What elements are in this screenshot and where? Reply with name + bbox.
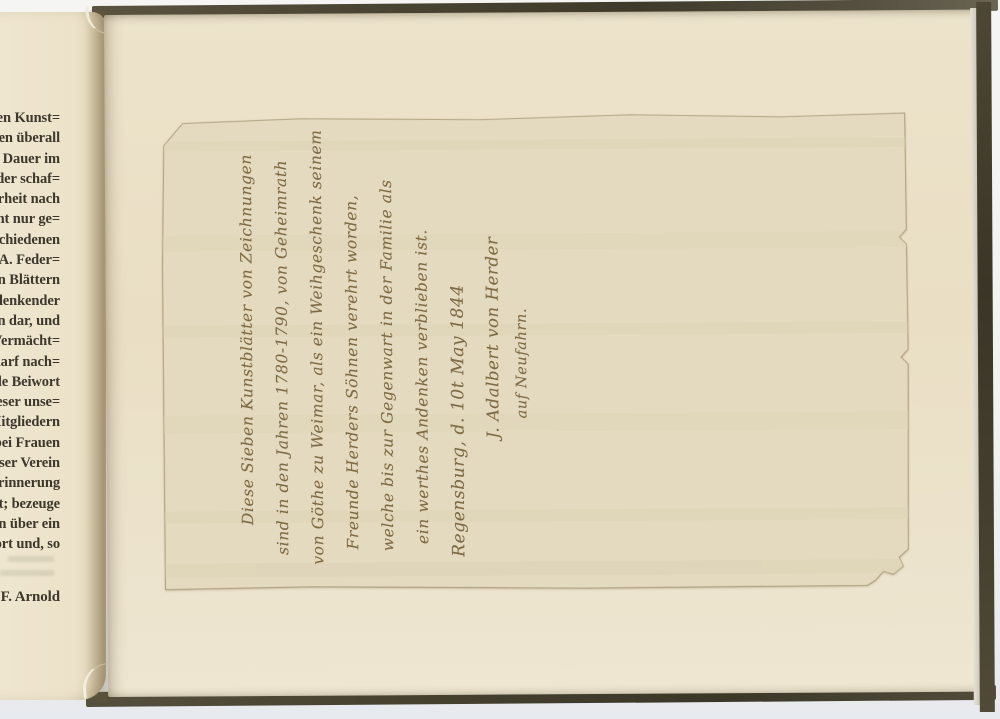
left-page-text-line: Erinnerung bbox=[0, 473, 60, 493]
left-page-text-line: ort und, so bbox=[0, 534, 60, 554]
left-page-text-line: schiedenen bbox=[0, 230, 60, 250]
left-page-text-line: Mitgliedern bbox=[0, 412, 60, 432]
right-page: Diese Sieben Kunstblätter von Zeichnunge… bbox=[104, 10, 982, 697]
handwriting-signature: J. Adalbert von Herder bbox=[475, 137, 511, 439]
left-page-text-line: en überall bbox=[0, 128, 60, 148]
handwriting-line: welche bis zur Gegenwart in der Familie … bbox=[369, 137, 407, 551]
book-cover-right-edge bbox=[976, 2, 995, 712]
left-page-text-line: rheit nach bbox=[0, 189, 60, 209]
left-page-text-line: Vermächt= bbox=[0, 331, 60, 351]
bleedthrough-text-line bbox=[0, 570, 54, 576]
handwriting-line: Freunde Herders Söhnen verehrt worden, bbox=[334, 137, 372, 549]
handwriting-line: ein werthes Andenken verblieben ist. bbox=[404, 137, 441, 544]
left-page-text-line: in dar, und bbox=[0, 311, 60, 331]
left-page-text-line: un über ein bbox=[0, 514, 60, 534]
handwriting-line: sind in den Jahren 1780-1790, von Geheim… bbox=[264, 138, 302, 555]
left-page-text-line: der schaf= bbox=[0, 169, 60, 189]
left-page-text-line: en Kunst= bbox=[0, 108, 60, 128]
left-page-text-line: bei Frauen bbox=[0, 433, 60, 453]
handwriting-line: von Göthe zu Weimar, als ein Weihgeschen… bbox=[299, 138, 337, 565]
left-page-text-line: ht nur ge= bbox=[0, 209, 60, 229]
left-page-text-line: de Beiwort bbox=[0, 372, 60, 392]
left-page-text-line: dieser unse= bbox=[0, 392, 60, 412]
photo-background: en Kunst= en überall Dauer im der schaf=… bbox=[0, 0, 1000, 719]
left-page-text-line: n Blättern bbox=[0, 270, 60, 290]
handwriting-line: Diese Sieben Kunstblätter von Zeichnunge… bbox=[229, 138, 266, 525]
left-page-text-line: nser Verein bbox=[0, 453, 60, 473]
handwriting-signature-addendum: auf Neufahrn. bbox=[509, 136, 536, 418]
left-page-text-line: udenkender bbox=[0, 291, 60, 311]
left-page-text-line: scharf nach= bbox=[0, 352, 60, 372]
left-page-text-column: en Kunst= en überall Dauer im der schaf=… bbox=[0, 108, 60, 607]
handwriting-dateline: Regensburg, d. 10t May 1844 bbox=[439, 137, 478, 557]
left-page-text-line: ht; bezeuge bbox=[0, 494, 60, 514]
left-page-text-line: A. Feder= bbox=[0, 250, 60, 270]
handwriting-block: Diese Sieben Kunstblätter von Zeichnunge… bbox=[229, 136, 538, 570]
left-page-text-line: Dauer im bbox=[0, 149, 60, 169]
left-page-signature: F. Arnold bbox=[0, 587, 60, 607]
bleedthrough-text-line bbox=[8, 556, 54, 562]
